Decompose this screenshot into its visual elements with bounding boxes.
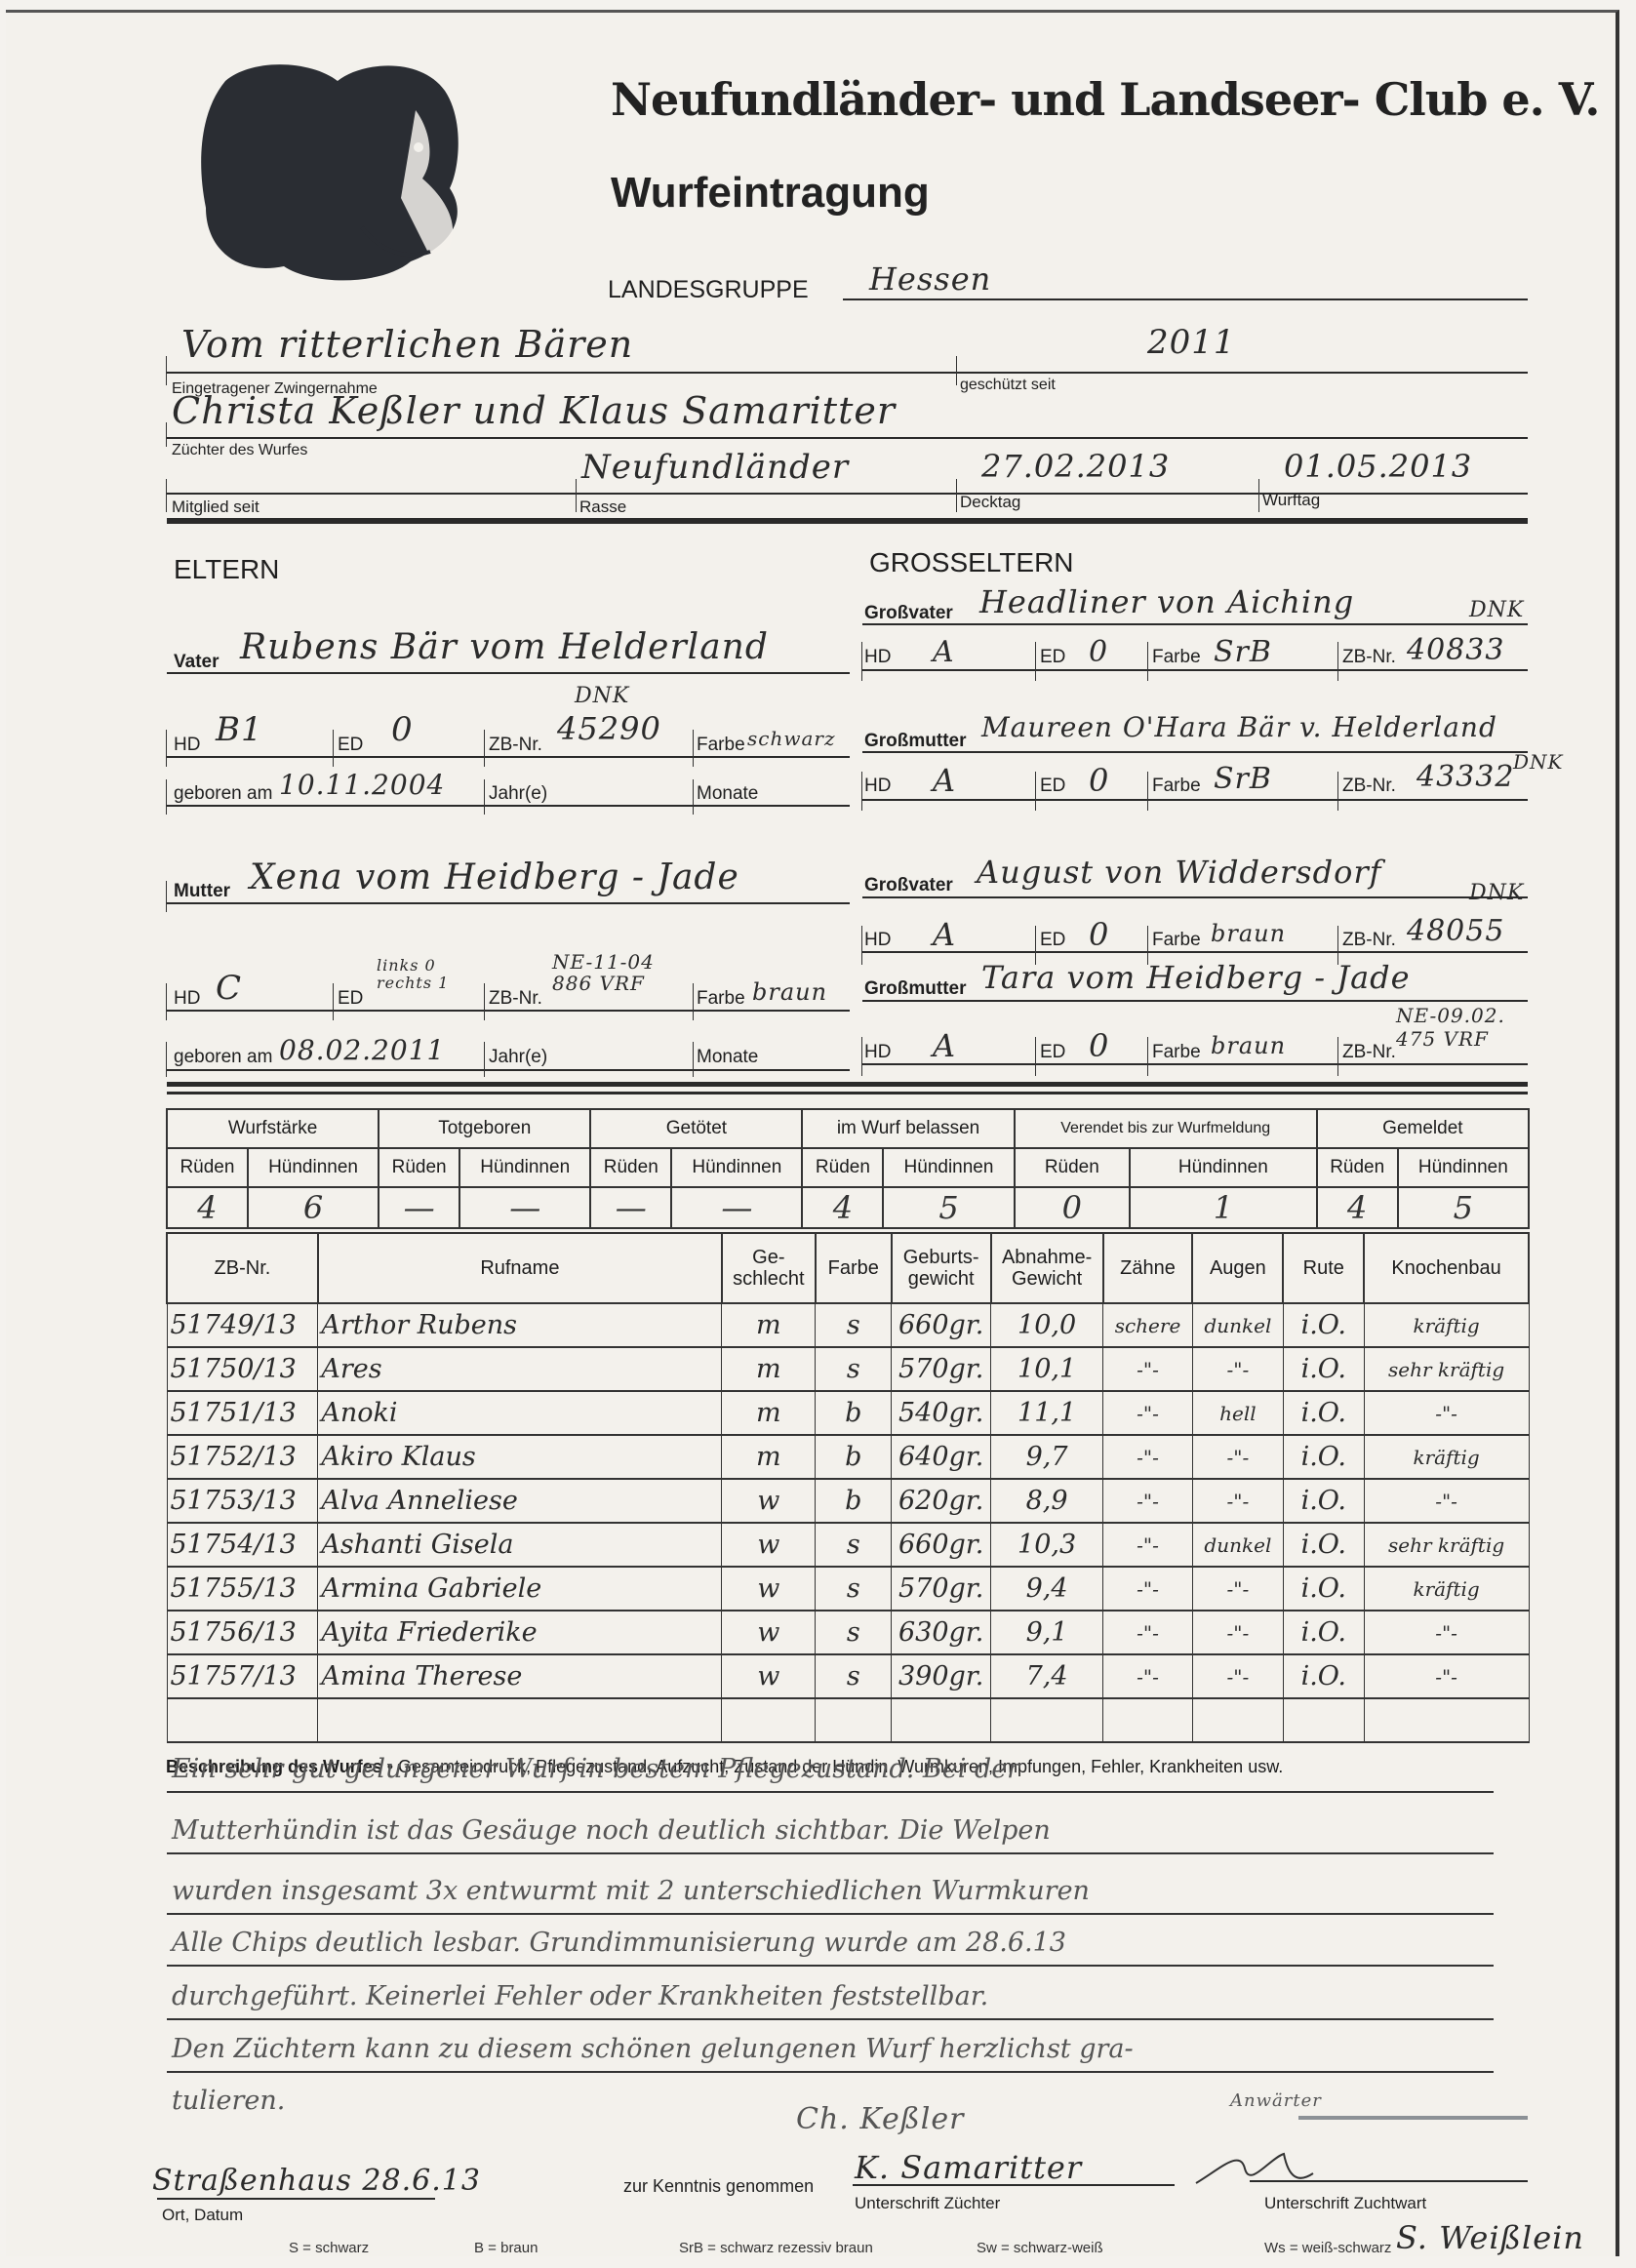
puppy-cell[interactable]: i.O. xyxy=(1283,1479,1364,1523)
landesgruppe-label: LANDESGRUPPE xyxy=(608,276,809,304)
puppy-cell[interactable]: -"- xyxy=(1103,1479,1193,1523)
puppy-cell[interactable]: w xyxy=(722,1479,816,1523)
grossvater-2-name-field[interactable]: August von Widdersdorf xyxy=(977,854,1381,891)
puppy-cell[interactable]: Alva Anneliese xyxy=(318,1479,722,1523)
puppy-cell[interactable] xyxy=(722,1698,816,1742)
table-row: 51756/13Ayita Friederikews630gr.9,1-"--"… xyxy=(167,1611,1529,1654)
puppy-cell[interactable]: 570gr. xyxy=(892,1347,991,1391)
vater-zb-note: DNK xyxy=(575,684,629,708)
puppy-cell[interactable]: i.O. xyxy=(1283,1391,1364,1435)
puppy-cell[interactable]: i.O. xyxy=(1283,1611,1364,1654)
puppy-cell[interactable]: s xyxy=(816,1567,892,1611)
ort-datum-label: Ort, Datum xyxy=(162,2206,243,2225)
puppy-cell[interactable]: 9,4 xyxy=(991,1567,1103,1611)
rasse-label: Rasse xyxy=(579,497,626,517)
puppy-cell[interactable] xyxy=(1103,1698,1193,1742)
puppy-cell[interactable]: dunkel xyxy=(1192,1303,1283,1347)
puppy-cell[interactable]: w xyxy=(722,1523,816,1567)
puppy-cell[interactable] xyxy=(1283,1698,1364,1742)
form-title: Wurfeintragung xyxy=(611,169,930,218)
puppy-cell[interactable]: -"- xyxy=(1103,1523,1193,1567)
puppy-cell[interactable]: 51754/13 xyxy=(167,1523,318,1567)
mutter-hd-field[interactable]: C xyxy=(216,969,242,1008)
wurfstaerke-rueden-field[interactable]: 4 xyxy=(167,1187,248,1228)
puppy-cell[interactable]: w xyxy=(722,1654,816,1698)
puppy-cell[interactable]: Arthor Rubens xyxy=(318,1303,722,1347)
legend-ws: Ws = weiß-schwarz xyxy=(1264,2240,1391,2256)
puppy-cell[interactable]: -"- xyxy=(1192,1654,1283,1698)
puppy-cell[interactable]: 660gr. xyxy=(892,1303,991,1347)
puppy-cell[interactable]: i.O. xyxy=(1283,1347,1364,1391)
puppy-cell[interactable]: s xyxy=(816,1523,892,1567)
vater-ed-field[interactable]: 0 xyxy=(391,710,414,749)
getoetet-rueden-field[interactable]: — xyxy=(590,1187,671,1228)
puppy-cell[interactable]: 11,1 xyxy=(991,1391,1103,1435)
zuchtwart-signature-scribble-icon xyxy=(1191,2139,1318,2198)
mitglied-seit-label: Mitglied seit xyxy=(172,497,259,517)
puppy-cell[interactable] xyxy=(816,1698,892,1742)
vater-name-field[interactable]: Rubens Bär vom Helderland xyxy=(240,627,769,667)
table-row: 51750/13Aresms570gr.10,1-"--"-i.O.sehr k… xyxy=(167,1347,1529,1391)
puppy-cell[interactable]: s xyxy=(816,1303,892,1347)
description-line: wurden insgesamt 3x entwurmt mit 2 unter… xyxy=(172,1876,1090,1906)
mutter-farbe-field[interactable]: braun xyxy=(752,978,827,1006)
puppy-cell[interactable]: 51756/13 xyxy=(167,1611,318,1654)
zuechter-label: Züchter des Wurfes xyxy=(172,442,307,459)
puppy-cell[interactable]: b xyxy=(816,1391,892,1435)
table-row: 51754/13Ashanti Giselaws660gr.10,3-"-dun… xyxy=(167,1523,1529,1567)
puppy-cell[interactable]: schere xyxy=(1103,1303,1193,1347)
puppy-cell[interactable]: i.O. xyxy=(1283,1435,1364,1479)
belassen-rueden-field[interactable]: 4 xyxy=(802,1187,883,1228)
vater-zb-field[interactable]: 45290 xyxy=(557,710,661,747)
unterschrift-zuechter-label: Unterschrift Züchter xyxy=(855,2194,1000,2213)
puppy-cell[interactable]: kräftig xyxy=(1364,1303,1529,1347)
puppy-cell[interactable]: 570gr. xyxy=(892,1567,991,1611)
vater-label: Vater xyxy=(174,652,219,673)
puppy-cell[interactable] xyxy=(1192,1698,1283,1742)
unterschrift-zuchtwart-label: Unterschrift Zuchtwart xyxy=(1264,2194,1426,2213)
puppy-cell[interactable]: -"- xyxy=(1192,1479,1283,1523)
legend-sw: Sw = schwarz-weiß xyxy=(977,2240,1103,2256)
geschuetzt-seit-field[interactable]: 2011 xyxy=(1147,323,1236,362)
puppy-cell[interactable]: 9,1 xyxy=(991,1611,1103,1654)
zur-kenntnis-label: zur Kenntnis genommen xyxy=(623,2176,814,2197)
puppy-cell[interactable] xyxy=(991,1698,1103,1742)
puppy-cell[interactable]: 640gr. xyxy=(892,1435,991,1479)
gemeldet-huendinnen-field[interactable]: 5 xyxy=(1398,1187,1529,1228)
legend-braun: B = braun xyxy=(474,2240,538,2256)
decktag-field[interactable]: 27.02.2013 xyxy=(981,448,1170,485)
totgeboren-huendinnen-field[interactable]: — xyxy=(459,1187,590,1228)
puppy-cell[interactable] xyxy=(167,1698,318,1742)
puppy-cell[interactable]: 10,1 xyxy=(991,1347,1103,1391)
table-row: 51749/13Arthor Rubensms660gr.10,0schered… xyxy=(167,1303,1529,1347)
puppy-cell[interactable]: Ayita Friederike xyxy=(318,1611,722,1654)
grossmutter-2-name-field[interactable]: Tara vom Heidberg - Jade xyxy=(981,959,1411,996)
puppy-cell[interactable]: Akiro Klaus xyxy=(318,1435,722,1479)
puppy-cell[interactable]: m xyxy=(722,1391,816,1435)
puppy-cell[interactable]: -"- xyxy=(1364,1479,1529,1523)
puppy-cell[interactable]: 660gr. xyxy=(892,1523,991,1567)
description-line: Ein sehr gut gelungener Wurf in bestem P… xyxy=(172,1754,1019,1784)
puppy-cell[interactable]: -"- xyxy=(1192,1611,1283,1654)
vater-farbe-field[interactable]: schwarz xyxy=(747,727,836,750)
puppy-cell[interactable]: -"- xyxy=(1192,1347,1283,1391)
puppy-cell[interactable]: b xyxy=(816,1479,892,1523)
puppy-cell[interactable]: s xyxy=(816,1654,892,1698)
puppy-cell[interactable]: i.O. xyxy=(1283,1567,1364,1611)
puppy-cell[interactable]: -"- xyxy=(1364,1654,1529,1698)
puppy-cell[interactable]: -"- xyxy=(1103,1567,1193,1611)
rasse-field[interactable]: Neufundländer xyxy=(581,448,849,487)
puppy-cell[interactable]: 51757/13 xyxy=(167,1654,318,1698)
puppy-cell[interactable]: s xyxy=(816,1611,892,1654)
description-line: tulieren. xyxy=(172,2086,285,2116)
mutter-name-field[interactable]: Xena vom Heidberg - Jade xyxy=(250,857,739,897)
puppy-cell[interactable]: -"- xyxy=(1103,1611,1193,1654)
verendet-rueden-field[interactable]: 0 xyxy=(1015,1187,1130,1228)
puppy-cell[interactable]: -"- xyxy=(1103,1347,1193,1391)
puppy-cell[interactable]: 10,0 xyxy=(991,1303,1103,1347)
puppy-cell[interactable]: 51751/13 xyxy=(167,1391,318,1435)
newfoundland-dogs-logo-icon xyxy=(167,52,538,296)
puppy-cell[interactable]: sehr kräftig xyxy=(1364,1523,1529,1567)
puppy-cell[interactable]: i.O. xyxy=(1283,1654,1364,1698)
puppy-cell[interactable]: -"- xyxy=(1192,1435,1283,1479)
puppy-cell[interactable]: s xyxy=(816,1347,892,1391)
description-line: Den Züchtern kann zu diesem schönen gelu… xyxy=(172,2034,1134,2064)
puppy-cell[interactable]: -"- xyxy=(1364,1611,1529,1654)
verendet-huendinnen-field[interactable]: 1 xyxy=(1130,1187,1317,1228)
puppy-cell[interactable]: 620gr. xyxy=(892,1479,991,1523)
table-row xyxy=(167,1698,1529,1742)
puppy-cell[interactable] xyxy=(1364,1698,1529,1742)
puppy-cell[interactable]: kräftig xyxy=(1364,1435,1529,1479)
getoetet-huendinnen-field[interactable]: — xyxy=(671,1187,802,1228)
puppy-cell[interactable]: 390gr. xyxy=(892,1654,991,1698)
gemeldet-rueden-field[interactable]: 4 xyxy=(1317,1187,1398,1228)
grossvater-1-name-field[interactable]: Headliner von Aiching xyxy=(979,583,1354,620)
puppy-cell[interactable]: Amina Therese xyxy=(318,1654,722,1698)
zuechter-field[interactable]: Christa Keßler und Klaus Samaritter xyxy=(172,389,896,432)
puppy-cell[interactable]: 51749/13 xyxy=(167,1303,318,1347)
geschuetzt-seit-label: geschützt seit xyxy=(960,377,1056,394)
puppy-cell[interactable]: 540gr. xyxy=(892,1391,991,1435)
puppy-cell[interactable]: 7,4 xyxy=(991,1654,1103,1698)
puppy-cell[interactable]: w xyxy=(722,1567,816,1611)
puppies-table: ZB-Nr. Rufname Ge-schlecht Farbe Geburts… xyxy=(166,1232,1530,1743)
zuechter-signature-1: Ch. Keßler xyxy=(796,2102,964,2136)
puppy-cell[interactable]: b xyxy=(816,1435,892,1479)
vater-geboren-field[interactable]: 10.11.2004 xyxy=(279,769,445,801)
puppy-cell[interactable]: Ashanti Gisela xyxy=(318,1523,722,1567)
puppy-cell[interactable]: kräftig xyxy=(1364,1567,1529,1611)
zuchtwart-signature: S. Weißlein xyxy=(1396,2219,1584,2256)
litter-summary-table: Wurfstärke Totgeboren Getötet im Wurf be… xyxy=(166,1108,1530,1229)
puppy-cell[interactable]: 51752/13 xyxy=(167,1435,318,1479)
mutter-zb-field[interactable]: NE-11-04 886 VRF xyxy=(552,951,689,994)
vater-hd-field[interactable]: B1 xyxy=(216,710,263,749)
puppy-cell[interactable]: m xyxy=(722,1435,816,1479)
table-row: 51755/13Armina Gabrielews570gr.9,4-"--"-… xyxy=(167,1567,1529,1611)
puppies-table-body: 51749/13Arthor Rubensms660gr.10,0schered… xyxy=(167,1303,1529,1742)
puppy-cell[interactable]: sehr kräftig xyxy=(1364,1347,1529,1391)
puppy-cell[interactable]: 8,9 xyxy=(991,1479,1103,1523)
grossmutter-1-name-field[interactable]: Maureen O'Hara Bär v. Helderland xyxy=(981,711,1497,743)
puppy-cell[interactable]: -"- xyxy=(1364,1391,1529,1435)
puppy-cell[interactable]: 630gr. xyxy=(892,1611,991,1654)
eltern-heading: ELTERN xyxy=(174,554,279,585)
puppy-cell[interactable]: Ares xyxy=(318,1347,722,1391)
puppy-cell[interactable]: i.O. xyxy=(1283,1523,1364,1567)
puppy-cell[interactable]: Anoki xyxy=(318,1391,722,1435)
description-line: durchgeführt. Keinerlei Fehler oder Kran… xyxy=(172,1981,988,2011)
puppy-cell[interactable] xyxy=(318,1698,722,1742)
puppy-cell[interactable]: -"- xyxy=(1103,1391,1193,1435)
table-row: 51752/13Akiro Klausmb640gr.9,7-"--"-i.O.… xyxy=(167,1435,1529,1479)
grosseltern-heading: GROSSELTERN xyxy=(869,547,1074,578)
landesgruppe-field[interactable]: Hessen xyxy=(869,260,991,298)
puppy-cell[interactable]: 51753/13 xyxy=(167,1479,318,1523)
form-page: Neufundländer- und Landseer- Club e. V. … xyxy=(6,10,1619,2256)
puppy-cell[interactable]: -"- xyxy=(1192,1567,1283,1611)
puppy-cell[interactable]: hell xyxy=(1192,1391,1283,1435)
puppy-cell[interactable]: 9,7 xyxy=(991,1435,1103,1479)
wurftag-label: Wurftag xyxy=(1262,491,1320,510)
puppy-cell[interactable]: -"- xyxy=(1103,1654,1193,1698)
puppy-cell[interactable]: dunkel xyxy=(1192,1523,1283,1567)
puppy-cell[interactable]: -"- xyxy=(1103,1435,1193,1479)
mutter-label: Mutter xyxy=(174,881,230,902)
puppy-cell[interactable]: 51755/13 xyxy=(167,1567,318,1611)
zuchtwart-note: Anwärter xyxy=(1230,2090,1322,2111)
puppy-cell[interactable] xyxy=(892,1698,991,1742)
zuechter-signature-2: K. Samaritter xyxy=(855,2149,1082,2186)
description-line: Mutterhündin ist das Gesäuge noch deutli… xyxy=(172,1815,1051,1846)
totgeboren-rueden-field[interactable]: — xyxy=(379,1187,459,1228)
table-row: 51753/13Alva Anneliesewb620gr.8,9-"--"-i… xyxy=(167,1479,1529,1523)
description-line: Alle Chips deutlich lesbar. Grundimmunis… xyxy=(172,1928,1066,1958)
mutter-geboren-field[interactable]: 08.02.2011 xyxy=(279,1034,445,1066)
wurfstaerke-huendinnen-field[interactable]: 6 xyxy=(248,1187,379,1228)
table-row: 51757/13Amina Theresews390gr.7,4-"--"-i.… xyxy=(167,1654,1529,1698)
wurftag-field[interactable]: 01.05.2013 xyxy=(1284,448,1472,485)
puppy-cell[interactable]: Armina Gabriele xyxy=(318,1567,722,1611)
belassen-huendinnen-field[interactable]: 5 xyxy=(883,1187,1014,1228)
puppy-cell[interactable]: i.O. xyxy=(1283,1303,1364,1347)
table-row: 51751/13Anokimb540gr.11,1-"-helli.O.-"- xyxy=(167,1391,1529,1435)
zwingername-field[interactable]: Vom ritterlichen Bären xyxy=(181,323,633,366)
puppy-cell[interactable]: w xyxy=(722,1611,816,1654)
club-name: Neufundländer- und Landseer- Club e. V. xyxy=(611,73,1599,126)
puppy-cell[interactable]: 51750/13 xyxy=(167,1347,318,1391)
puppy-cell[interactable]: m xyxy=(722,1347,816,1391)
legend-srb: SrB = schwarz rezessiv braun xyxy=(679,2240,873,2256)
legend-schwarz: S = schwarz xyxy=(289,2240,369,2256)
puppy-cell[interactable]: m xyxy=(722,1303,816,1347)
puppy-cell[interactable]: 10,3 xyxy=(991,1523,1103,1567)
ort-datum-field[interactable]: Straßenhaus 28.6.13 xyxy=(152,2164,481,2198)
mutter-ed-field[interactable]: links 0 rechts 1 xyxy=(377,957,484,992)
decktag-label: Decktag xyxy=(960,493,1020,512)
